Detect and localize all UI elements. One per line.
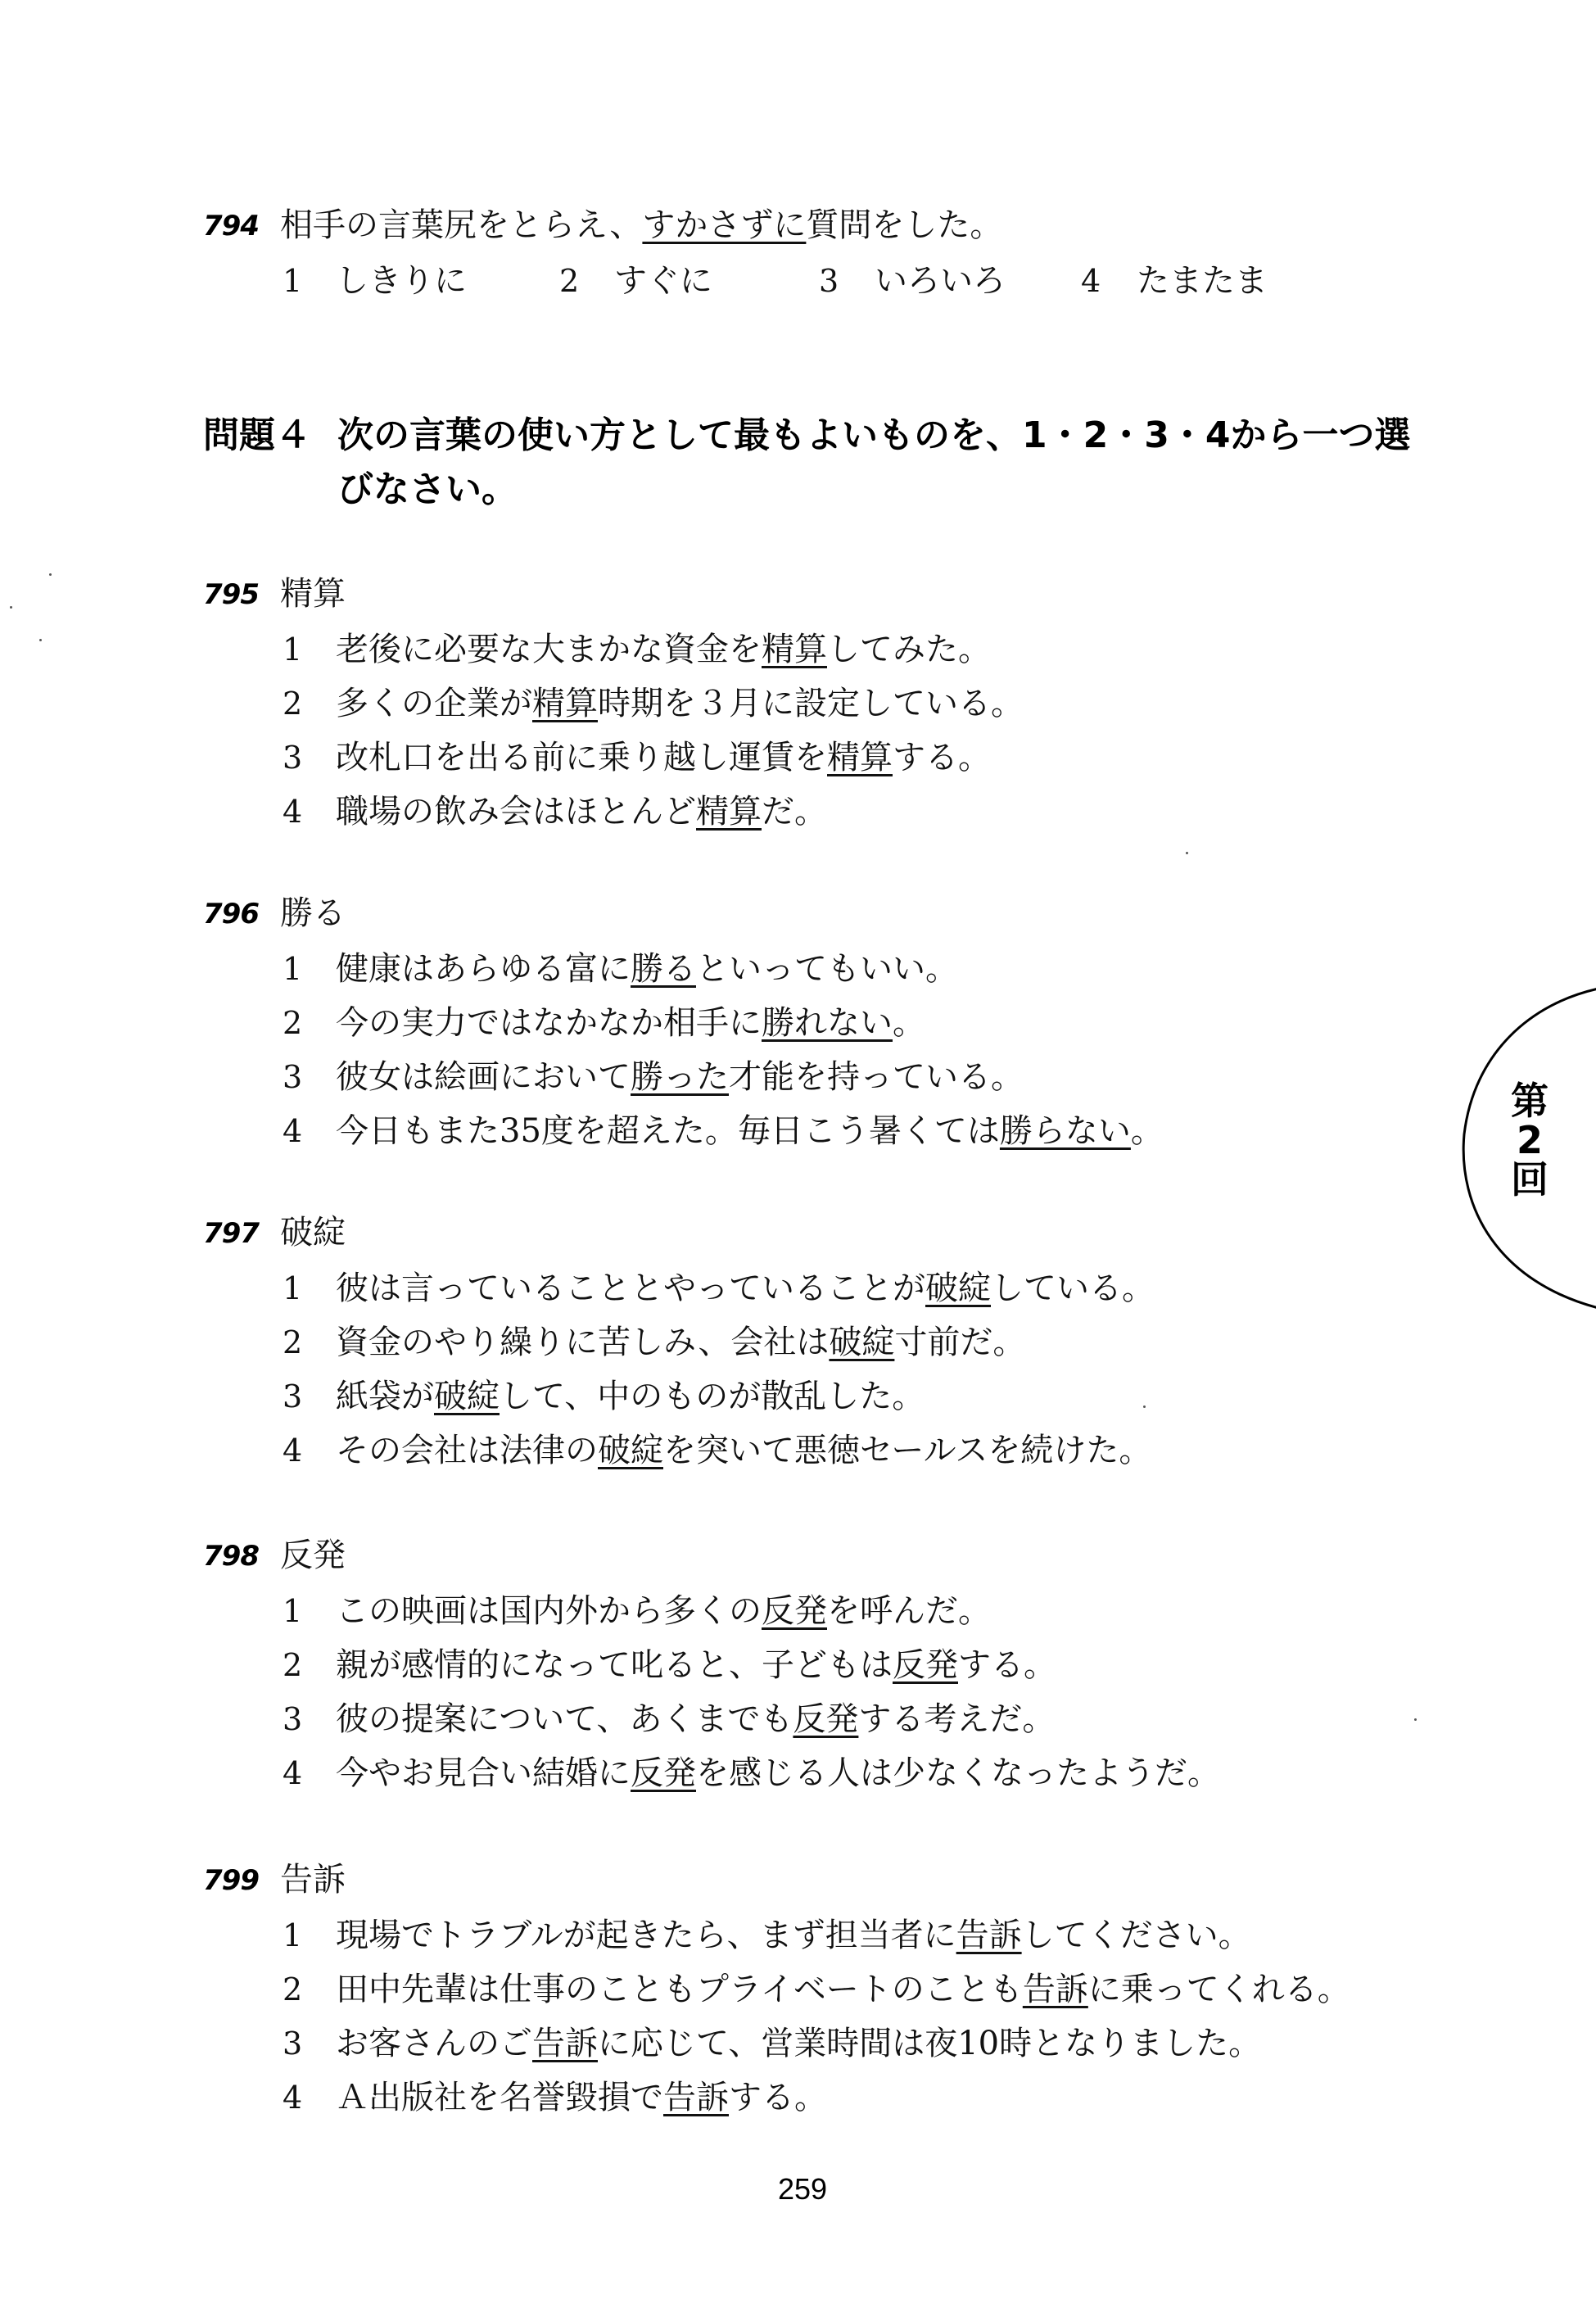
option-after: する。 (893, 739, 991, 776)
option-3[interactable]: 改札口を出る前に乗り越し運賃を精算する。 (336, 737, 991, 778)
choice-2-text[interactable]: すぐに (614, 260, 712, 301)
option-1[interactable]: 老後に必要な大まかな資金を精算してみた。 (336, 629, 991, 670)
option-underlined: 勝らない (1000, 1112, 1131, 1150)
option-after: に応じて、営業時間は夜10時となりました。 (598, 2025, 1261, 2062)
option-3[interactable]: 紙袋が破綻して、中のものが散乱した。 (336, 1376, 925, 1417)
choice-4-number: 4 (1081, 260, 1101, 301)
scan-speck (1414, 1718, 1417, 1721)
option-underlined: 精算 (827, 739, 893, 776)
option-before: この映画は国内外から多くの (336, 1592, 762, 1630)
question-number: 799 (203, 1864, 259, 1897)
option-number: 4 (283, 791, 302, 832)
question-word: 破綻 (280, 1212, 346, 1253)
scan-speck (1143, 1405, 1146, 1408)
option-underlined: 精算 (696, 793, 762, 831)
option-number: 2 (283, 1645, 302, 1686)
option-number: 3 (283, 1057, 302, 1098)
scan-speck (10, 606, 12, 609)
option-after: といってもいい。 (696, 950, 958, 988)
option-3[interactable]: お客さんのご告訴に応じて、営業時間は夜10時となりました。 (336, 2023, 1261, 2064)
option-1[interactable]: この映画は国内外から多くの反発を呼んだ。 (336, 1591, 991, 1632)
question-stem: 相手の言葉尻をとらえ、すかさずに質問をした。 (280, 205, 1002, 246)
question-word: 告訴 (280, 1859, 346, 1900)
question-word: 勝る (280, 893, 346, 934)
option-after: 。 (1131, 1112, 1164, 1150)
section-label: 問題４ (203, 410, 311, 462)
option-number: 4 (283, 2077, 302, 2118)
option-before: その会社は法律の (336, 1432, 598, 1469)
option-before: 彼の提案について、あくまでも (336, 1700, 793, 1738)
option-number: 3 (283, 737, 302, 778)
option-underlined: 告訴 (663, 2079, 729, 2116)
option-before: 現場でトラブルが起きたら、まず担当者に (336, 1917, 956, 1954)
option-before: 今日もまた35度を超えた。毎日こう暑くては (336, 1112, 1000, 1150)
option-4[interactable]: その会社は法律の破綻を突いて悪徳セールスを続けた。 (336, 1430, 1151, 1471)
option-after: を呼んだ。 (827, 1592, 991, 1630)
option-number: 1 (283, 629, 302, 670)
question-number: 796 (203, 898, 259, 930)
option-number: 4 (283, 1111, 302, 1152)
question-number: 797 (203, 1217, 259, 1250)
option-number: 4 (283, 1753, 302, 1794)
option-before: 親が感情的になって叱ると、子どもは (336, 1646, 893, 1684)
option-underlined: 精算 (762, 631, 827, 668)
section-instruction-line1: 次の言葉の使い方として最もよいものを、1・2・3・4から一つ選 (337, 410, 1410, 462)
option-4[interactable]: 職場の飲み会はほとんど精算だ。 (336, 791, 827, 832)
option-number: 3 (283, 1699, 302, 1740)
option-before: 多くの企業が (336, 685, 532, 722)
option-number: 2 (283, 683, 302, 724)
option-number: 1 (283, 1915, 302, 1956)
chapter-tab-line1: 第 (1505, 1081, 1554, 1120)
stem-underlined: すかさずに (642, 206, 806, 244)
option-1[interactable]: 現場でトラブルが起きたら、まず担当者に告訴してください。 (336, 1915, 1251, 1956)
option-before: 健康はあらゆる富に (336, 950, 631, 988)
question-number: 795 (203, 578, 259, 611)
option-2[interactable]: 多くの企業が精算時期を３月に設定している。 (336, 683, 1024, 724)
option-before: Ａ出版社を名誉毀損で (336, 2079, 663, 2116)
option-after: して、中のものが散乱した。 (500, 1378, 925, 1415)
option-after: 寸前だ。 (894, 1324, 1025, 1361)
option-after: を突いて悪徳セールスを続けた。 (663, 1432, 1151, 1469)
workbook-page: 794 相手の言葉尻をとらえ、すかさずに質問をした。 1 しきりに 2 すぐに … (0, 0, 1596, 2322)
option-after: してみた。 (827, 631, 991, 668)
option-number: 3 (283, 2023, 302, 2064)
option-underlined: 告訴 (532, 2025, 598, 2062)
option-after: 時期を３月に設定している。 (598, 685, 1024, 722)
option-number: 4 (283, 1430, 302, 1471)
option-4[interactable]: 今やお見合い結婚に反発を感じる人は少なくなったようだ。 (336, 1753, 1220, 1794)
option-underlined: 反発 (631, 1754, 696, 1792)
question-number: 794 (203, 210, 259, 242)
option-after: を感じる人は少なくなったようだ。 (696, 1754, 1220, 1792)
option-underlined: 破綻 (925, 1270, 991, 1307)
page-number: 259 (770, 2172, 835, 2207)
option-before: 老後に必要な大まかな資金を (336, 631, 762, 668)
choice-2-number: 2 (559, 260, 579, 301)
option-before: 職場の飲み会はほとんど (336, 793, 696, 831)
option-underlined: 勝れない (762, 1004, 893, 1042)
option-number: 1 (283, 1268, 302, 1309)
choice-3-number: 3 (819, 260, 839, 301)
option-2[interactable]: 資金のやり繰りに苦しみ、会社は破綻寸前だ。 (336, 1322, 1025, 1363)
option-after: している。 (991, 1270, 1155, 1307)
option-underlined: 破綻 (598, 1432, 663, 1469)
stem-before: 相手の言葉尻をとらえ、 (280, 206, 642, 244)
option-underlined: 告訴 (956, 1917, 1022, 1954)
option-after: だ。 (762, 793, 827, 831)
option-underlined: 破綻 (434, 1378, 500, 1415)
chapter-tab-label: 第 2 回 (1505, 1081, 1554, 1199)
option-underlined: 告訴 (1023, 1971, 1088, 2008)
choice-1-text[interactable]: しきりに (336, 260, 467, 301)
question-word: 精算 (280, 573, 346, 614)
question-number: 798 (203, 1540, 259, 1573)
option-underlined: 勝る (631, 950, 696, 988)
chapter-tab-line2: 2 (1505, 1120, 1554, 1160)
option-before: 紙袋が (336, 1378, 434, 1415)
scan-speck (1186, 852, 1188, 854)
option-1[interactable]: 彼は言っていることとやっていることが破綻している。 (336, 1268, 1155, 1309)
option-after: する。 (958, 1646, 1056, 1684)
option-number: 3 (283, 1376, 302, 1417)
option-after: する考えだ。 (858, 1700, 1055, 1738)
option-underlined: 反発 (762, 1592, 827, 1630)
option-4[interactable]: Ａ出版社を名誉毀損で告訴する。 (336, 2077, 827, 2118)
option-after: 才能を持っている。 (729, 1058, 1024, 1096)
chapter-tab-line3: 回 (1505, 1160, 1554, 1199)
option-3[interactable]: 彼の提案について、あくまでも反発する考えだ。 (336, 1699, 1055, 1740)
option-after: に乗ってくれる。 (1088, 1971, 1350, 2008)
option-2[interactable]: 今の実力ではなかなか相手に勝れない。 (336, 1003, 925, 1043)
option-after: 。 (893, 1004, 925, 1042)
scan-speck (49, 573, 52, 576)
option-before: 改札口を出る前に乗り越し運賃を (336, 739, 827, 776)
option-underlined: 精算 (532, 685, 598, 722)
section-instruction-line2: びなさい。 (337, 464, 518, 516)
option-after: する。 (729, 2079, 827, 2116)
option-2[interactable]: 親が感情的になって叱ると、子どもは反発する。 (336, 1645, 1056, 1686)
choice-4-text[interactable]: たまたま (1137, 260, 1268, 301)
choice-3-text[interactable]: いろいろ (875, 260, 1006, 301)
option-underlined: 破綻 (829, 1324, 894, 1361)
option-underlined: 反発 (793, 1700, 858, 1738)
option-after: してください。 (1022, 1917, 1251, 1954)
option-before: お客さんのご (336, 2025, 532, 2062)
option-before: 資金のやり繰りに苦しみ、会社は (336, 1324, 829, 1361)
option-before: 今やお見合い結婚に (336, 1754, 631, 1792)
stem-after: 質問をした。 (806, 206, 1002, 244)
option-number: 2 (283, 1003, 302, 1043)
option-4[interactable]: 今日もまた35度を超えた。毎日こう暑くては勝らない。 (336, 1111, 1164, 1152)
option-before: 今の実力ではなかなか相手に (336, 1004, 762, 1042)
option-underlined: 勝った (631, 1058, 729, 1096)
choice-1-number: 1 (283, 260, 302, 301)
option-number: 2 (283, 1322, 302, 1363)
question-word: 反発 (280, 1535, 346, 1576)
option-number: 1 (283, 948, 302, 989)
option-1[interactable]: 健康はあらゆる富に勝るといってもいい。 (336, 948, 958, 989)
option-2[interactable]: 田中先輩は仕事のこともプライベートのことも告訴に乗ってくれる。 (336, 1969, 1350, 2010)
option-before: 彼は言っていることとやっていることが (336, 1270, 925, 1307)
option-number: 2 (283, 1969, 302, 2010)
option-3[interactable]: 彼女は絵画において勝った才能を持っている。 (336, 1057, 1024, 1098)
scan-speck (39, 639, 42, 641)
option-number: 1 (283, 1591, 302, 1632)
option-underlined: 反発 (893, 1646, 958, 1684)
option-before: 彼女は絵画において (336, 1058, 631, 1096)
option-before: 田中先輩は仕事のこともプライベートのことも (336, 1971, 1023, 2008)
